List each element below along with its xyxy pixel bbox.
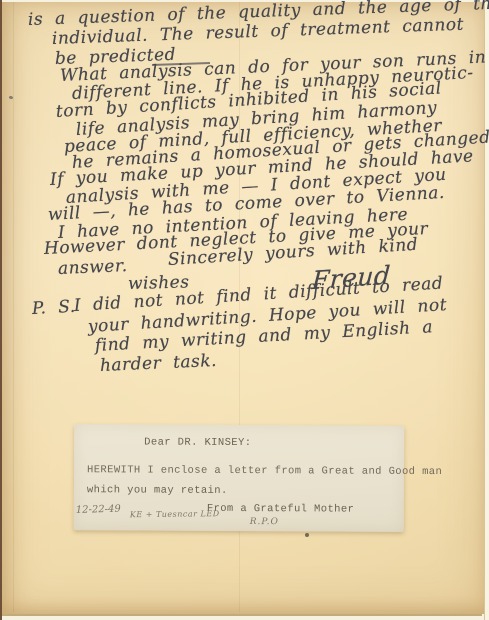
pencil-annotation-date: 12-22-49: [76, 504, 121, 516]
note-signoff: From a Grateful Mother: [207, 503, 354, 516]
paper-bottom-edge: [2, 614, 482, 616]
note-body-line: which you may retain.: [87, 484, 228, 497]
typed-note-strip: Dear DR. KINSEY: HEREWITH I enclose a le…: [74, 424, 405, 532]
note-salutation: Dear DR. KINSEY:: [144, 437, 251, 450]
note-body-line: HEREWITH I enclose a letter from a Great…: [87, 464, 442, 478]
scanned-letter-page: is a question of the quality and the age…: [0, 0, 489, 620]
postscript-label: P. S.: [31, 297, 76, 319]
pencil-annotation-initials: R.P.O: [250, 517, 279, 527]
handwriting-line: answer.: [58, 256, 128, 279]
paper-crease: [13, 2, 14, 612]
pencil-annotation-code: KE + Tuesncar LED: [130, 509, 220, 519]
paper-right-edge: [484, 0, 489, 620]
paper-left-edge: [0, 0, 2, 620]
ink-dot: [305, 533, 309, 537]
